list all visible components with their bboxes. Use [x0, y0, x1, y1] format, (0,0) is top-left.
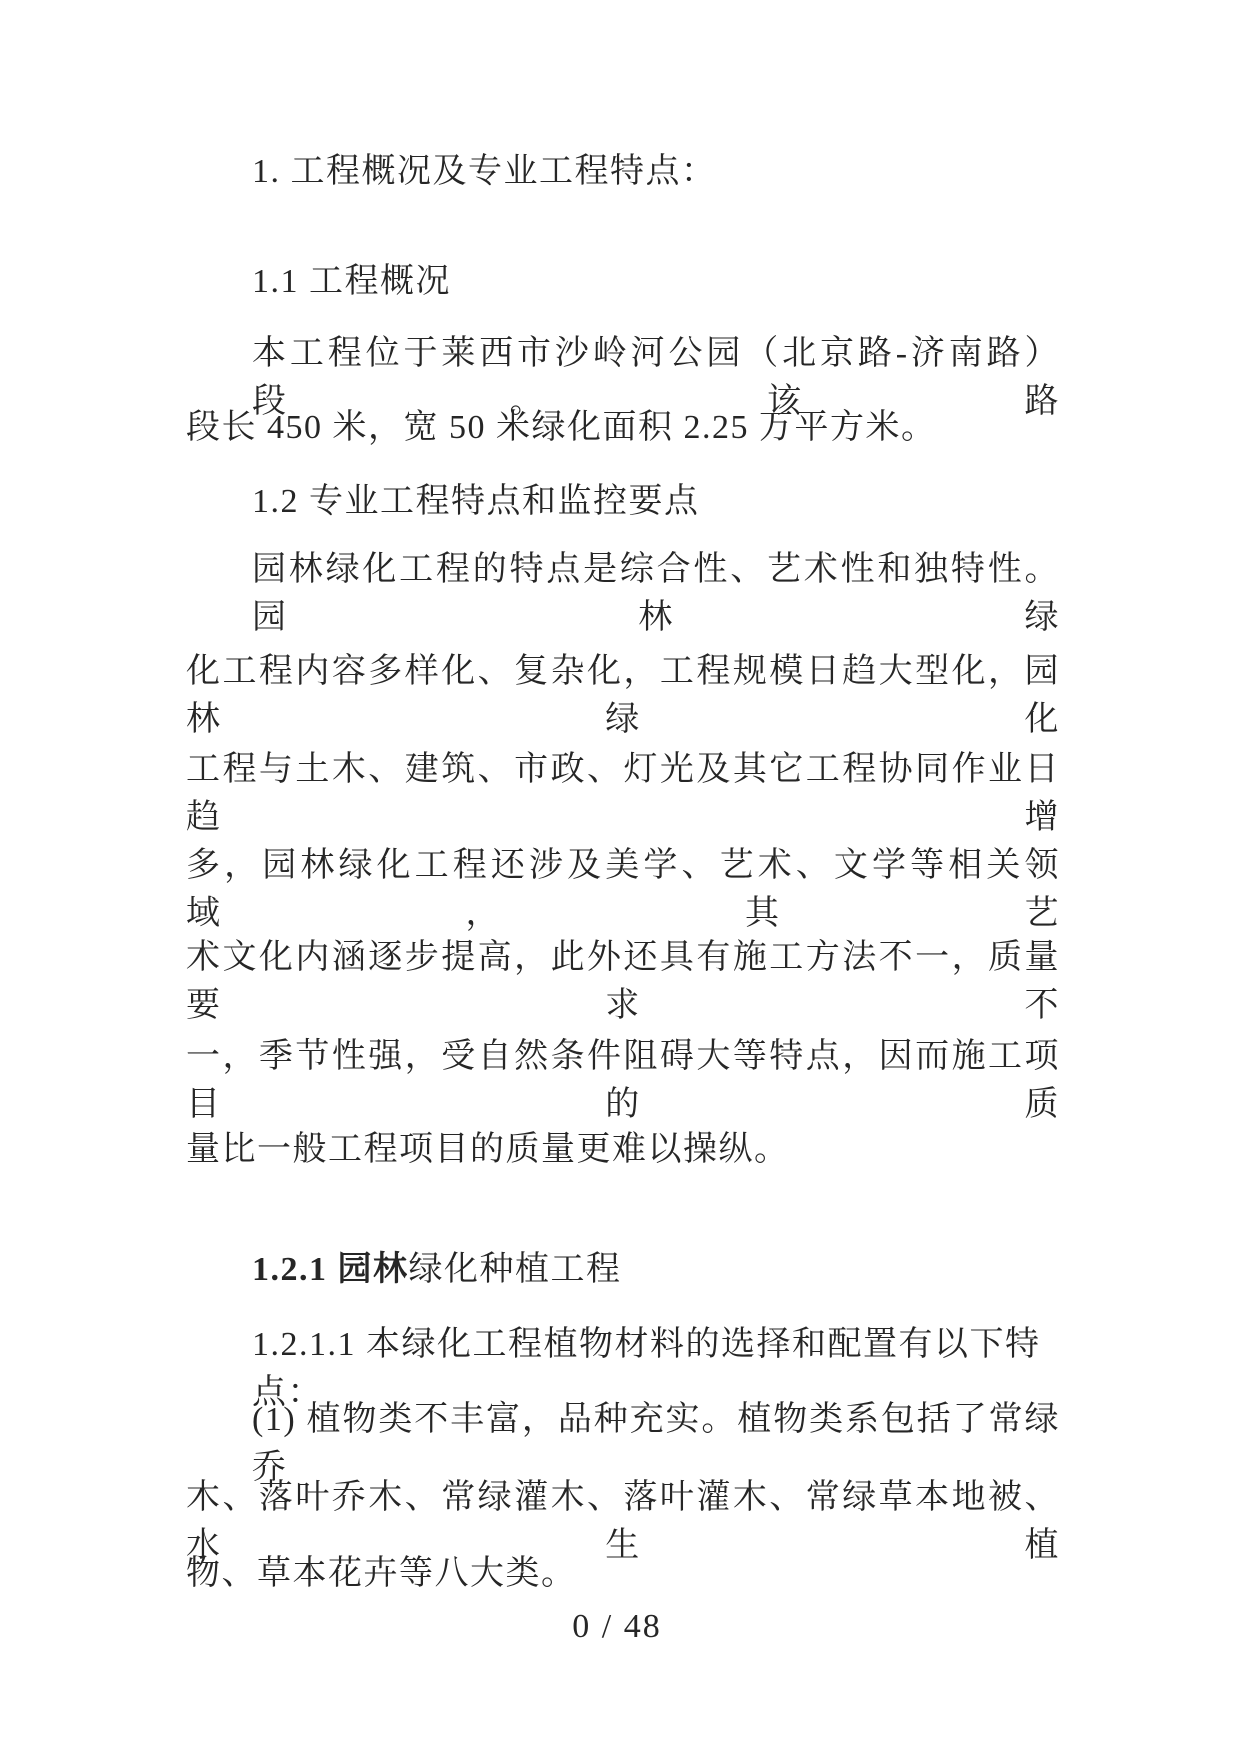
para-2-line-5: 术文化内涵逐步提高，此外还具有施工方法不一，质量要求不 [186, 934, 1060, 1030]
para-2-line-6: 一，季节性强，受自然条件阻碍大等特点，因而施工项目的质 [186, 1033, 1060, 1129]
para-3-line-3: 物、草本花卉等八大类。 [186, 1550, 1060, 1598]
heading-1: 1. 工程概况及专业工程特点： [186, 148, 1060, 196]
heading-1-2-1: 1.2.1 园林绿化种植工程 [186, 1246, 1060, 1294]
para-2-line-3: 工程与土木、建筑、市政、灯光及其它工程协同作业日趋增 [186, 746, 1060, 842]
heading-1-2: 1.2 专业工程特点和监控要点 [186, 478, 1060, 526]
para-2-line-1: 园林绿化工程的特点是综合性、艺术性和独特性。园林绿 [186, 546, 1060, 642]
para-2-line-2: 化工程内容多样化、复杂化，工程规模日趋大型化，园林绿化 [186, 648, 1060, 744]
heading-1-2-1-bold-part: 1.2.1 园林 [252, 1251, 409, 1288]
heading-1-1: 1.1 工程概况 [186, 258, 1060, 306]
document-page: 1. 工程概况及专业工程特点： 1.1 工程概况 本工程位于莱西市沙岭河公园（北… [0, 0, 1234, 1748]
para-1-line-2: 段长 450 米，宽 50 米绿化面积 2.25 万平方米。 [186, 404, 1060, 452]
page-number: 0 / 48 [0, 1603, 1234, 1651]
para-2-line-4: 多，园林绿化工程还涉及美学、艺术、文学等相关领域，其艺 [186, 842, 1060, 938]
para-2-line-7: 量比一般工程项目的质量更难以操纵。 [186, 1126, 1060, 1174]
heading-1-2-1-regular-part: 绿化种植工程 [409, 1251, 622, 1288]
